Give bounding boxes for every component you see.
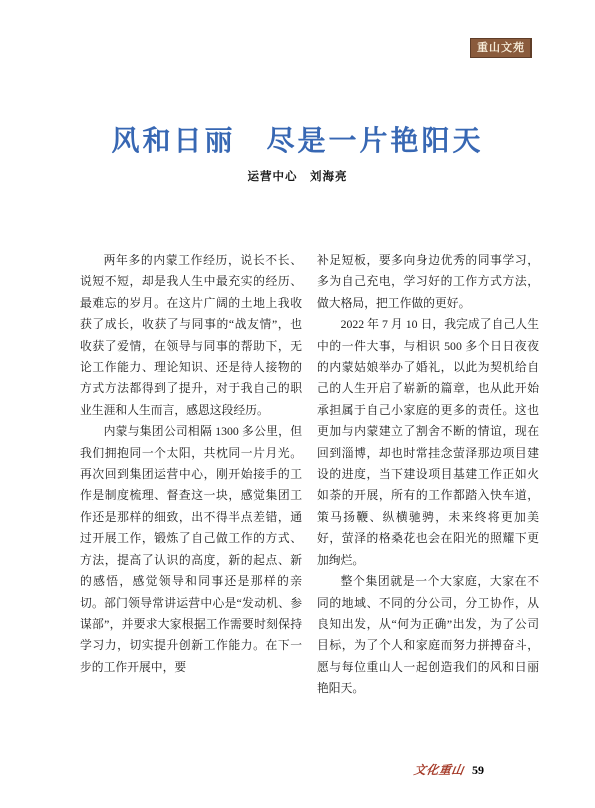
article-paragraph: 两年多的内蒙工作经历，说长不长、说短不短，却是我人生中最充实的经历、最难忘的岁月… <box>80 250 302 421</box>
article-paragraph: 2022 年 7 月 10 日，我完成了自己人生中的一件大事，与相识 500 多… <box>317 314 539 571</box>
article-body: 两年多的内蒙工作经历，说长不长、说短不短，却是我人生中最充实的经历、最难忘的岁月… <box>80 250 539 700</box>
article-paragraph: 整个集团就是一个大家庭，大家在不同的地域、不同的分公司，分工协作，从良知出发，从… <box>317 571 539 699</box>
article-byline: 运营中心 刘海亮 <box>0 168 595 184</box>
right-column: 补足短板，要多向身边优秀的同事学习，多为自己充电，学习好的工作方式方法，做大格局… <box>317 250 539 700</box>
article-title: 风和日丽 尽是一片艳阳天 <box>0 119 595 159</box>
article-paragraph: 内蒙与集团公司相隔 1300 多公里，但我们拥抱同一个太阳，共枕同一片月光。再次… <box>80 421 302 678</box>
footer-logo: 文化重山 <box>413 761 465 778</box>
section-badge: 重山文苑 <box>470 38 532 58</box>
article-paragraph: 补足短板，要多向身边优秀的同事学习，多为自己充电，学习好的工作方式方法，做大格局… <box>317 250 539 314</box>
page-footer: 文化重山 59 <box>414 761 484 778</box>
page-number: 59 <box>472 763 484 778</box>
magazine-page: 重山文苑 风和日丽 尽是一片艳阳天 运营中心 刘海亮 两年多的内蒙工作经历，说长… <box>0 0 595 808</box>
left-column: 两年多的内蒙工作经历，说长不长、说短不短，却是我人生中最充实的经历、最难忘的岁月… <box>80 250 302 700</box>
